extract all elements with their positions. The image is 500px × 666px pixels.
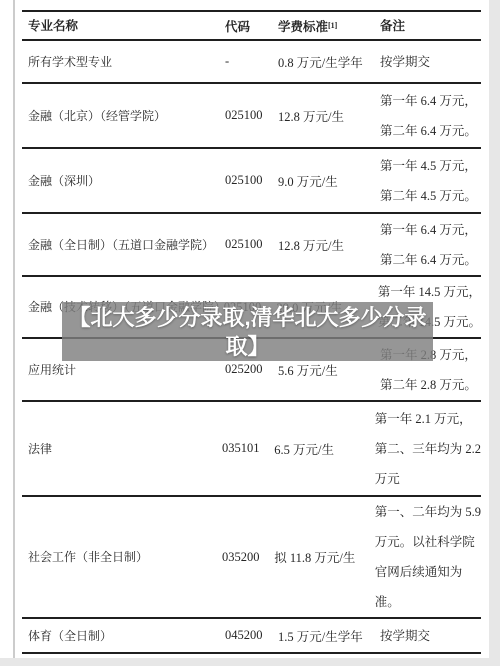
table-row: 社会工作（非全日制） 035200 拟 11.8 万元/生 第一、二年均为 5.… bbox=[22, 495, 481, 617]
note-line: 第二年 6.4 万元。 bbox=[380, 116, 477, 146]
header-tuition: 学费标准[1] bbox=[278, 12, 380, 39]
note-line: 按学期交 bbox=[380, 47, 430, 77]
note-line: 第一年 6.4 万元， bbox=[380, 86, 477, 116]
program-name-cell: 金融（全日制）（五道口金融学院） bbox=[22, 214, 225, 275]
note-cell: 按学期交 bbox=[380, 619, 481, 652]
note-cell: 按学期交 bbox=[380, 41, 481, 82]
header-code: 代码 bbox=[225, 12, 278, 39]
note-cell: 第一年 6.4 万元， 第二年 6.4 万元。 bbox=[380, 84, 481, 147]
watermark-overlay: 【北大多少分录取,清华北大多少分录取】 bbox=[62, 302, 433, 361]
tuition-cell: 12.8 万元/生 bbox=[278, 84, 380, 147]
note-cell: 第一年 2.1 万元， 第二、三年均为 2.2 万元 bbox=[375, 402, 481, 495]
table-row: 金融（北京）（经管学院） 025100 12.8 万元/生 第一年 6.4 万元… bbox=[22, 82, 481, 147]
program-code-cell: 025100 bbox=[225, 214, 278, 275]
program-name-cell: 体育（全日制） bbox=[22, 619, 225, 652]
program-code-cell: - bbox=[225, 41, 278, 82]
table-row: 法律 035101 6.5 万元/生 第一年 2.1 万元， 第二、三年均为 2… bbox=[22, 400, 481, 495]
note-line: 第一年 4.5 万元， bbox=[380, 151, 477, 181]
table-row: 所有学术型专业 - 0.8 万元/生学年 按学期交 bbox=[22, 39, 481, 82]
watermark-text: 【北大多少分录取,清华北大多少分录取】 bbox=[62, 303, 433, 361]
note-line: 第一、二年均为 5.9 bbox=[375, 497, 481, 527]
program-name-cell: 法律 bbox=[22, 402, 222, 495]
note-line: 准。 bbox=[375, 587, 400, 617]
table-header-row: 专业名称 代码 学费标准[1] 备注 bbox=[22, 10, 481, 39]
table-row: 体育（全日制） 045200 1.5 万元/生学年 按学期交 bbox=[22, 617, 481, 652]
tuition-cell: 拟 11.8 万元/生 bbox=[274, 497, 374, 617]
program-code-cell: 025100 bbox=[225, 149, 278, 212]
header-program-name: 专业名称 bbox=[22, 12, 225, 39]
tuition-cell: 0.8 万元/生学年 bbox=[278, 41, 380, 82]
table-row: 金融（深圳） 025100 9.0 万元/生 第一年 4.5 万元， 第二年 4… bbox=[22, 147, 481, 212]
program-name-cell: 社会工作（非全日制） bbox=[22, 497, 222, 617]
program-code-cell: 035200 bbox=[222, 497, 274, 617]
header-note: 备注 bbox=[380, 12, 481, 39]
page-edge-right bbox=[489, 0, 500, 666]
program-name-cell: 金融（北京）（经管学院） bbox=[22, 84, 225, 147]
tuition-cell: 9.0 万元/生 bbox=[278, 149, 380, 212]
note-line: 官网后续通知为 bbox=[375, 557, 463, 587]
program-name-cell: 金融（深圳） bbox=[22, 149, 225, 212]
note-line: 第二年 4.5 万元。 bbox=[380, 181, 477, 211]
tuition-cell: 6.5 万元/生 bbox=[274, 402, 374, 495]
page-margin-line bbox=[13, 0, 15, 666]
page-edge-bottom bbox=[0, 658, 500, 666]
table-row: 金融（全日制）（五道口金融学院） 025100 12.8 万元/生 第一年 6.… bbox=[22, 212, 481, 275]
note-line: 按学期交 bbox=[380, 621, 430, 651]
program-code-cell: 045200 bbox=[225, 619, 278, 652]
note-line: 第一年 6.4 万元， bbox=[380, 215, 477, 245]
note-line: 第一年 2.1 万元， bbox=[375, 404, 472, 434]
note-line: 万元 bbox=[375, 464, 400, 494]
note-cell: 第一、二年均为 5.9 万元。以社科学院 官网后续通知为 准。 bbox=[375, 497, 481, 617]
note-line: 第二年 2.8 万元。 bbox=[380, 370, 477, 400]
note-cell: 第一年 6.4 万元， 第二年 6.4 万元。 bbox=[380, 214, 481, 275]
note-line: 第二年 6.4 万元。 bbox=[380, 245, 477, 275]
note-line: 万元。以社科学院 bbox=[375, 527, 475, 557]
note-cell: 第一年 4.5 万元， 第二年 4.5 万元。 bbox=[380, 149, 481, 212]
header-tuition-label: 学费标准 bbox=[278, 17, 328, 35]
note-line: 第二、三年均为 2.2 bbox=[375, 434, 481, 464]
tuition-cell: 1.5 万元/生学年 bbox=[278, 619, 380, 652]
program-code-cell: 025100 bbox=[225, 84, 278, 147]
tuition-cell: 12.8 万元/生 bbox=[278, 214, 380, 275]
program-name-cell: 所有学术型专业 bbox=[22, 41, 225, 82]
program-code-cell: 035101 bbox=[222, 402, 274, 495]
